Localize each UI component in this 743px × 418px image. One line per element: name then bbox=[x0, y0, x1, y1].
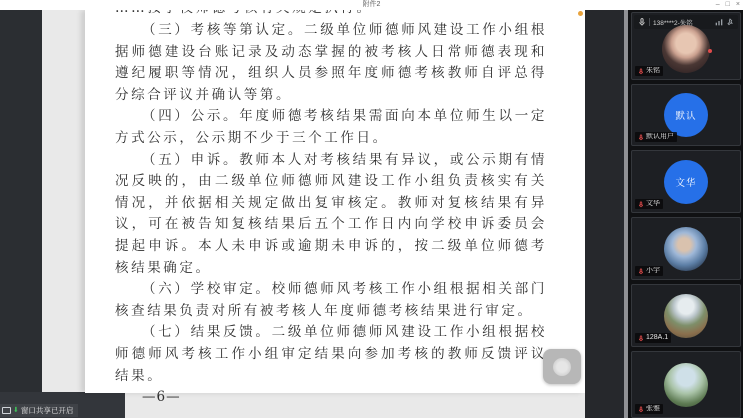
muted-mic-icon bbox=[638, 268, 644, 275]
avatar bbox=[662, 25, 710, 73]
document-canvas-margin bbox=[42, 10, 85, 418]
muted-mic-icon bbox=[638, 134, 644, 141]
header-divider bbox=[649, 18, 650, 26]
tool-knob-icon bbox=[553, 358, 571, 376]
document-page[interactable]: ……按学校师德考核有关规定执行。 （三）考核等第认定。二级单位师德师风建设工作小… bbox=[85, 10, 585, 393]
viewer-left-panel bbox=[0, 10, 42, 418]
participant-name-tag: 128A.1 bbox=[635, 333, 671, 343]
avatar-initials: 文华 bbox=[664, 160, 708, 204]
window-title: 附件2 bbox=[0, 1, 743, 9]
avatar bbox=[664, 227, 708, 271]
participant-tile[interactable]: 张雅 bbox=[631, 351, 741, 418]
participant-name: 文华 bbox=[646, 200, 660, 208]
monitor-icon bbox=[2, 407, 11, 414]
participant-tile[interactable]: 文华 文华 bbox=[631, 150, 741, 213]
pin-icon[interactable] bbox=[726, 18, 734, 26]
participants-sidebar: 138****2-朱铭 朱铭 默认 bbox=[628, 10, 743, 418]
paragraph-4: （四）公示。年度师德考核结果需面向本单位师生以一定方式公示，公示期不少于三个工作… bbox=[115, 106, 547, 149]
participant-tile[interactable]: 138****2-朱铭 朱铭 bbox=[631, 12, 741, 80]
window-titlebar: 附件2 – □ × bbox=[0, 0, 743, 10]
participant-name-tag: 朱铭 bbox=[635, 66, 663, 76]
meeting-screen-share-window: 附件2 – □ × ……按学校师德考核有关规定执行。 （三）考核等第认定。二级单… bbox=[0, 0, 743, 418]
maximize-icon[interactable]: □ bbox=[726, 1, 730, 9]
participant-name: 朱铭 bbox=[646, 67, 660, 75]
participant-tile[interactable]: 默认 默认用户 bbox=[631, 84, 741, 146]
participant-tile[interactable]: 128A.1 bbox=[631, 284, 741, 347]
participant-name: 默认用户 bbox=[646, 133, 674, 141]
participant-name: 张雅 bbox=[646, 405, 660, 413]
share-arrow-icon: ⬇ bbox=[13, 407, 19, 414]
floating-tool-button[interactable] bbox=[543, 349, 581, 384]
window-controls: – □ × bbox=[716, 0, 740, 10]
paragraph-3: （三）考核等第认定。二级单位师德师风建设工作小组根据师德建设台账记录及动态掌握的… bbox=[115, 20, 547, 106]
canvas-right-gutter bbox=[585, 10, 628, 418]
muted-mic-icon bbox=[638, 68, 644, 75]
muted-mic-icon bbox=[638, 406, 644, 413]
muted-mic-icon bbox=[638, 201, 644, 208]
paragraph-6: （六）学校审定。校师德师风考核工作小组根据相关部门核查结果负责对所有被考核人年度… bbox=[115, 279, 547, 322]
paragraph-5: （五）申诉。教师本人对考核结果有异议，或公示期有情况反映的，由二级单位师德师风建… bbox=[115, 150, 547, 280]
avatar-initials: 默认 bbox=[664, 93, 708, 137]
participant-name-tag: 张雅 bbox=[635, 404, 663, 414]
mic-icon bbox=[638, 18, 646, 26]
minimize-icon[interactable]: – bbox=[716, 1, 720, 9]
annotation-dot bbox=[578, 11, 583, 16]
share-indicator-label: 窗口共享已开启 bbox=[21, 405, 74, 416]
participant-name-tag: 小宇 bbox=[635, 266, 663, 276]
muted-mic-icon bbox=[638, 335, 644, 342]
participant-name-tag: 默认用户 bbox=[635, 132, 677, 142]
mute-dot-icon bbox=[708, 49, 712, 53]
signal-icon bbox=[715, 18, 723, 26]
avatar bbox=[664, 363, 708, 407]
avatar bbox=[664, 294, 708, 338]
document-text-block: ……按学校师德考核有关规定执行。 （三）考核等第认定。二级单位师德师风建设工作小… bbox=[115, 10, 547, 409]
participant-name-tag: 文华 bbox=[635, 199, 663, 209]
share-indicator[interactable]: ⬇ 窗口共享已开启 bbox=[0, 404, 78, 417]
participant-name: 128A.1 bbox=[646, 334, 668, 342]
page-number: —6— bbox=[115, 387, 547, 409]
paragraph-7: （七）结果反馈。二级单位师德师风建设工作小组根据校师德师风考核工作小组审定结果向… bbox=[115, 322, 547, 387]
participant-tile[interactable]: 小宇 bbox=[631, 217, 741, 280]
participant-name: 小宇 bbox=[646, 267, 660, 275]
close-icon[interactable]: × bbox=[736, 1, 740, 9]
clipped-top-line: ……按学校师德考核有关规定执行。 bbox=[115, 10, 547, 20]
